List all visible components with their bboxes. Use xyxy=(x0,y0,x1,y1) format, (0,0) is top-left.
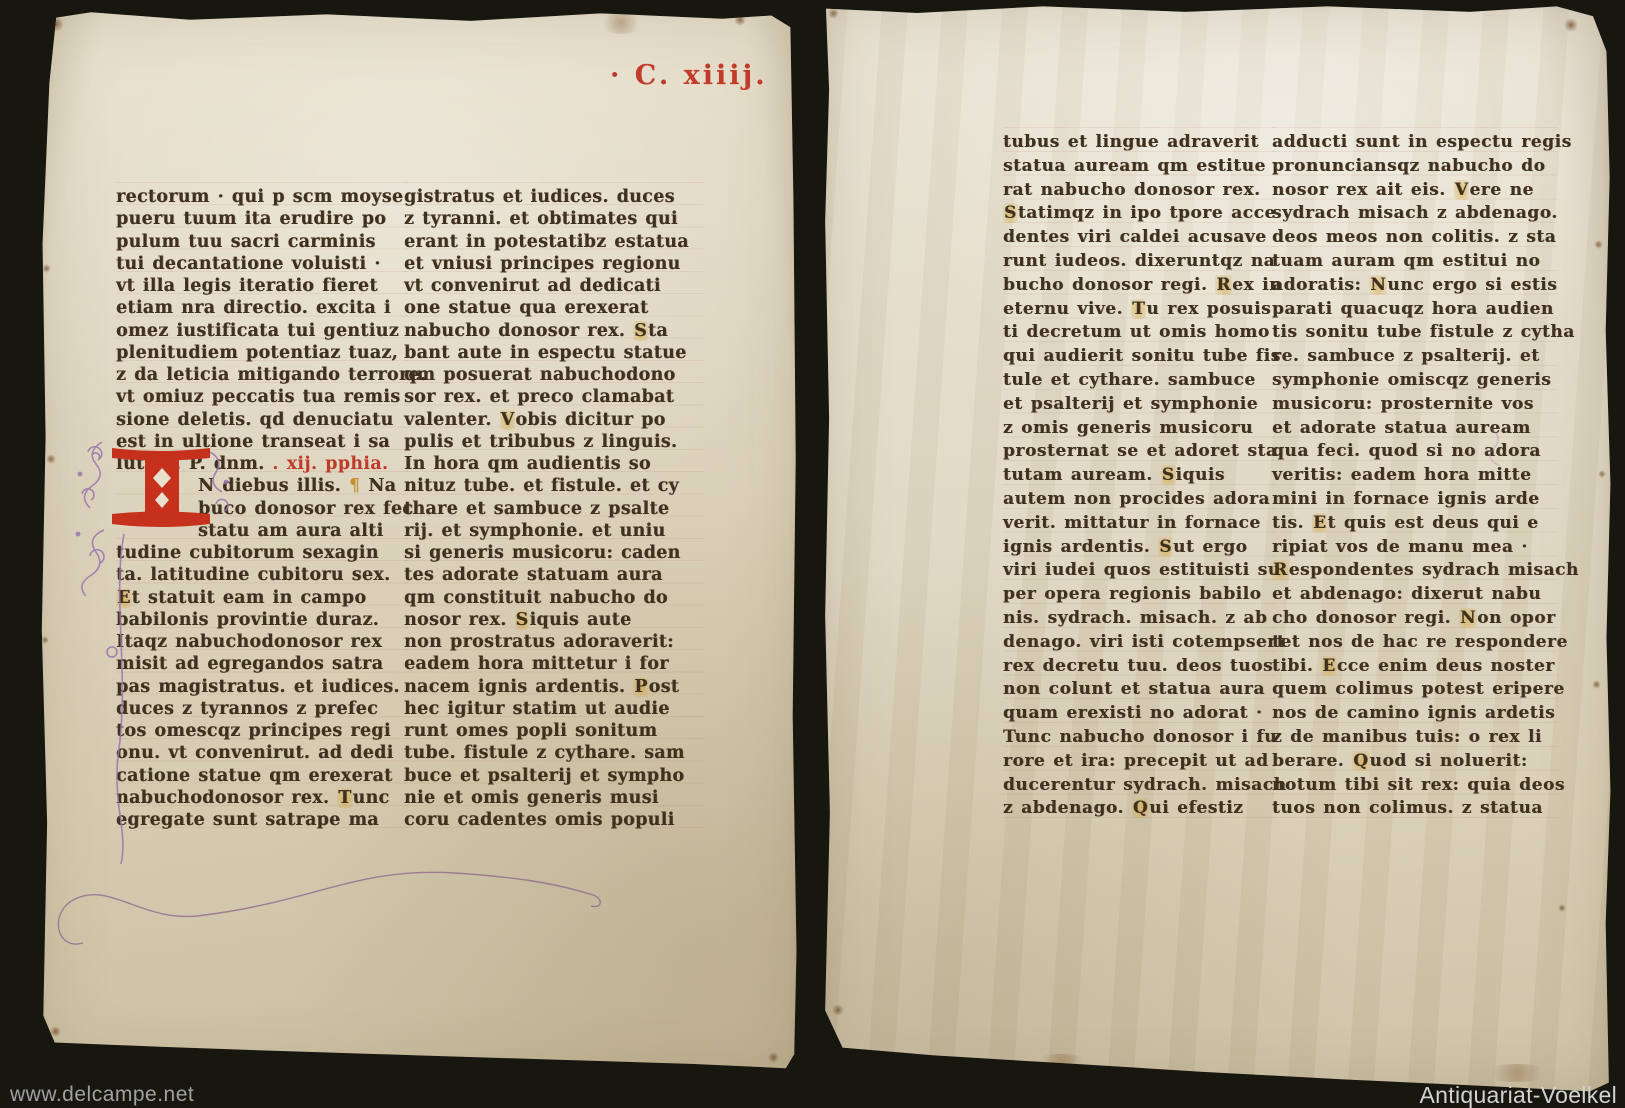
stain xyxy=(1598,470,1606,478)
text-line: buce et psalterij et sympho xyxy=(404,765,704,787)
stain xyxy=(1592,680,1601,689)
stain xyxy=(768,1052,779,1063)
folio-number: · C. xiiij. xyxy=(610,60,768,91)
text-line: erant in potestatibz estatua xyxy=(404,231,704,253)
text-line: qui audierit sonitu tube fis xyxy=(1003,345,1275,369)
text-line: si generis musicoru: caden xyxy=(404,542,704,564)
goldwash-text: E xyxy=(1321,656,1337,676)
text-line: dentes viri caldei acusave xyxy=(1003,226,1275,250)
ink-text: ta xyxy=(648,321,668,341)
ink-text: ut ergo xyxy=(1173,537,1247,557)
text-line: autem non procides adora xyxy=(1003,488,1275,512)
text-line: vt convenirut ad dedicati xyxy=(404,275,704,297)
goldwash-text: R xyxy=(1272,560,1289,580)
text-line: pulum tuu sacri carminis xyxy=(116,231,408,253)
goldwash-text: S xyxy=(1003,203,1018,223)
rubric-text: . xij. pphia. xyxy=(272,454,388,474)
goldwash-text: N xyxy=(1369,275,1387,295)
text-line: tutam auream. Siquis xyxy=(1003,464,1275,488)
ink-text: t quis est deus qui e xyxy=(1327,513,1538,533)
text-line: parati quacuqz hora audien xyxy=(1272,298,1558,322)
text-line: vt illa legis iteratio fieret xyxy=(116,275,408,297)
text-line: vt omiuz peccatis tua remis xyxy=(116,386,408,408)
text-line: denago. viri isti cotempsert xyxy=(1003,631,1275,655)
text-line: sione deletis. qd denuciatu xyxy=(116,409,408,431)
text-line: Respondentes sydrach misach xyxy=(1272,559,1558,583)
stain xyxy=(598,12,644,34)
ink-text: ere ne xyxy=(1469,180,1533,200)
text-line: pronunciansqz nabucho do xyxy=(1272,155,1558,179)
text-line: ti decretum ut omis homo xyxy=(1003,321,1275,345)
text-line: ignis ardentis. Sut ergo xyxy=(1003,536,1275,560)
stain xyxy=(1482,1064,1552,1082)
goldwash-text: S xyxy=(1158,537,1173,557)
text-line: nis. sydrach. misach. z ab xyxy=(1003,607,1275,631)
text-line: z tyranni. et obtimates qui xyxy=(404,208,704,230)
stain xyxy=(1594,240,1603,249)
text-line: sydrach misach z abdenago. xyxy=(1272,202,1558,226)
text-line: nosor rex ait eis. Vere ne xyxy=(1272,179,1558,203)
text-line: runt omes popli sonitum xyxy=(404,720,704,742)
ink-text: espondentes sydrach misach xyxy=(1289,560,1579,580)
text-line: mini in fornace ignis arde xyxy=(1272,488,1558,512)
text-line: qm constituit nabucho do xyxy=(404,587,704,609)
ink-text: iquis xyxy=(1176,465,1225,485)
goldwash-text: S xyxy=(1161,465,1176,485)
ink-text: uod si noluerit: xyxy=(1370,751,1528,771)
text-line: cho donosor regi. Non opor xyxy=(1272,607,1558,631)
goldwash-text: N xyxy=(1459,608,1477,628)
text-line: bucho donosor regi. Rex in xyxy=(1003,274,1275,298)
ink-text: Na xyxy=(368,476,396,496)
text-line: statua auream qm estitue xyxy=(1003,155,1275,179)
watermark-delcampe: www.delcampe.net xyxy=(10,1083,194,1107)
decorated-initial-I xyxy=(68,438,258,868)
text-line: tibi. Ecce enim deus noster xyxy=(1272,655,1558,679)
text-line: z da leticia mitigando terrore. xyxy=(116,364,408,386)
text-line: symphonie omiscqz generis xyxy=(1272,369,1558,393)
text-line: tes adorate statuam aura xyxy=(404,564,704,586)
ink-text: z abdenago. xyxy=(1003,798,1132,818)
ink-text: on opor xyxy=(1477,608,1556,628)
stain xyxy=(46,454,56,464)
text-line: sor rex. et preco clamabat xyxy=(404,386,704,408)
ink-text: obis dicitur po xyxy=(515,410,665,430)
text-line: eadem hora mittetur i for xyxy=(404,653,704,675)
text-line: Statimqz in ipo tpore acce xyxy=(1003,202,1275,226)
marginal-penmark xyxy=(1482,422,1522,472)
ink-text: berare. xyxy=(1272,751,1352,771)
text-line: nos de camino ignis ardetis xyxy=(1272,702,1558,726)
stain xyxy=(1558,904,1566,912)
ink-text: iquis aute xyxy=(529,610,631,630)
goldwash-text: V xyxy=(1454,180,1470,200)
stain xyxy=(41,636,49,644)
text-line: rij. et symphonie. et uniu xyxy=(404,520,704,542)
ink-text: tutam auream. xyxy=(1003,465,1161,485)
text-line: rore et ira: precepit ut ad xyxy=(1003,750,1275,774)
goldwash-text: S xyxy=(633,321,648,341)
ink-text: unc xyxy=(353,788,390,808)
text-line: tubus et lingue adraverit xyxy=(1003,131,1275,155)
text-line: per opera regionis babilo xyxy=(1003,583,1275,607)
text-line: bant aute in espectu statue xyxy=(404,342,704,364)
text-line: rex decretu tuu. deos tuos xyxy=(1003,655,1275,679)
text-column-2-right-leaf: adducti sunt in espectu regispronuncians… xyxy=(1272,131,1558,821)
goldwash-text: Q xyxy=(1352,751,1369,771)
stain xyxy=(50,1026,61,1037)
goldwash-text: Q xyxy=(1132,798,1149,818)
text-line: ripiat vos de manu mea · xyxy=(1272,536,1558,560)
text-line: eternu vive. Tu rex posuis xyxy=(1003,298,1275,322)
text-line: rat nabucho donosor rex. xyxy=(1003,179,1275,203)
manuscript-leaf-right: tubus et lingue adraveritstatua auream q… xyxy=(822,2,1612,1098)
goldwash-text: T xyxy=(1131,299,1146,319)
text-line: adducti sunt in espectu regis xyxy=(1272,131,1558,155)
ink-text: valenter. xyxy=(404,410,500,430)
ink-text: ui efestiz xyxy=(1149,798,1243,818)
stain xyxy=(48,16,64,32)
parchment-surface: tubus et lingue adraveritstatua auream q… xyxy=(822,2,1612,1098)
watermark-antiquariat-voelkel: Antiquariat-Voelkel xyxy=(1420,1082,1617,1108)
ink-text: tibi. xyxy=(1272,656,1321,676)
initial-letter-body xyxy=(112,448,210,527)
photo-background: · C. xiiij. rectorum · qui p scm moysepu… xyxy=(0,0,1625,1108)
text-line: prosternat se et adoret sta xyxy=(1003,440,1275,464)
text-line: qm posuerat nabuchodono xyxy=(404,364,704,386)
goldwash-text: T xyxy=(337,788,352,808)
goldwash-text: R xyxy=(1215,275,1232,295)
text-line: one statue qua erexerat xyxy=(404,297,704,319)
gold-text: ¶ xyxy=(349,476,368,496)
text-line: z omis generis musicoru xyxy=(1003,417,1275,441)
text-line: berare. Quod si noluerit: xyxy=(1272,750,1558,774)
text-line: et abdenago: dixerut nabu xyxy=(1272,583,1558,607)
ink-text: nacem ignis ardentis. xyxy=(404,677,633,697)
stain xyxy=(734,14,746,26)
text-line: pueru tuum ita erudire po xyxy=(116,208,408,230)
text-line: deos meos non colitis. z sta xyxy=(1272,226,1558,250)
text-line: tis sonitu tube fistule z cytha xyxy=(1272,321,1558,345)
manuscript-leaf-left: · C. xiiij. rectorum · qui p scm moysepu… xyxy=(38,8,798,1080)
text-line: tui decantatione voluisti · xyxy=(116,253,408,275)
text-line: et vniusi principes regionu xyxy=(404,253,704,275)
text-column-2-left-leaf: gistratus et iudices. ducesz tyranni. et… xyxy=(404,186,704,831)
text-line: Tunc nabucho donosor i fu xyxy=(1003,726,1275,750)
text-line: re. sambuce z psalterij. et xyxy=(1272,345,1558,369)
stain xyxy=(1032,1054,1092,1070)
stain xyxy=(832,1004,844,1016)
text-line: tuam auram qm estitui no xyxy=(1272,250,1558,274)
text-line: In hora qm audientis so xyxy=(404,453,704,475)
text-line: quem colimus potest eripere xyxy=(1272,678,1558,702)
text-line: omez iustificata tui gentiuz xyxy=(116,320,408,342)
text-line: nacem ignis ardentis. Post xyxy=(404,676,704,698)
goldwash-text: V xyxy=(500,410,516,430)
parchment-surface: · C. xiiij. rectorum · qui p scm moysepu… xyxy=(38,8,798,1080)
text-line: notum tibi sit rex: quia deos xyxy=(1272,774,1558,798)
goldwash-text: E xyxy=(1312,513,1328,533)
text-line: hec igitur statim ut audie xyxy=(404,698,704,720)
text-line: thare et sambuce z psalte xyxy=(404,498,704,520)
text-line: tis. Et quis est deus qui e xyxy=(1272,512,1558,536)
ink-text: nosor rex. xyxy=(404,610,515,630)
ink-text: ignis ardentis. xyxy=(1003,537,1158,557)
text-column-1-right-leaf: tubus et lingue adraveritstatua auream q… xyxy=(1003,131,1275,821)
text-line: plenitudiem potentiaz tuaz, xyxy=(116,342,408,364)
ink-text: tatimqz in ipo tpore acce xyxy=(1018,203,1276,223)
text-line: z abdenago. Qui efestiz xyxy=(1003,797,1275,821)
goldwash-text: P xyxy=(633,677,648,697)
text-line: z de manibus tuis: o rex li xyxy=(1272,726,1558,750)
text-line: tule et cythare. sambuce xyxy=(1003,369,1275,393)
text-line: etiam nra directio. excita i xyxy=(116,297,408,319)
ink-text: unc ergo si estis xyxy=(1387,275,1557,295)
text-line: et psalterij et symphonie xyxy=(1003,393,1275,417)
text-line: rectorum · qui p scm moyse xyxy=(116,186,408,208)
text-line: gistratus et iudices. duces xyxy=(404,186,704,208)
stain xyxy=(42,264,51,273)
ink-text: nosor rex ait eis. xyxy=(1272,180,1454,200)
ink-text: nabucho donosor rex. xyxy=(404,321,633,341)
stain xyxy=(828,8,839,19)
ink-text: eternu vive. xyxy=(1003,299,1131,319)
ink-text: cce enim deus noster xyxy=(1337,656,1555,676)
text-line: viri iudei quos estituisti su xyxy=(1003,559,1275,583)
text-line: valenter. Vobis dicitur po xyxy=(404,409,704,431)
ink-text: u rex posuis xyxy=(1146,299,1271,319)
stain xyxy=(1564,18,1578,32)
ink-text: tis. xyxy=(1272,513,1312,533)
lower-margin-flourish xyxy=(53,853,618,958)
ink-text: cho donosor regi. xyxy=(1272,608,1459,628)
text-line: nosor rex. Siquis aute xyxy=(404,609,704,631)
text-line: quam erexisti no adorat · xyxy=(1003,702,1275,726)
ink-text: adoratis: xyxy=(1272,275,1369,295)
text-line: tuos non colimus. z statua xyxy=(1272,797,1558,821)
ink-text: bucho donosor regi. xyxy=(1003,275,1215,295)
text-line: pulis et tribubus z linguis. xyxy=(404,431,704,453)
ink-text: ost xyxy=(649,677,680,697)
text-line: coru cadentes omis populi xyxy=(404,809,704,831)
text-line: non colunt et statua aura xyxy=(1003,678,1275,702)
text-line: nituz tube. et fistule. et cy xyxy=(404,475,704,497)
text-line: ducerentur sydrach. misach xyxy=(1003,774,1275,798)
text-line: musicoru: prosternite vos xyxy=(1272,393,1558,417)
text-line: nabucho donosor rex. Sta xyxy=(404,320,704,342)
text-line: tube. fistule z cythare. sam xyxy=(404,742,704,764)
text-line: nie et omis generis musi xyxy=(404,787,704,809)
text-line: non prostratus adoraverit: xyxy=(404,631,704,653)
text-line: tet nos de hac re respondere xyxy=(1272,631,1558,655)
goldwash-text: S xyxy=(515,610,530,630)
text-line: runt iudeos. dixeruntqz na xyxy=(1003,250,1275,274)
text-line: verit. mittatur in fornace xyxy=(1003,512,1275,536)
text-line: adoratis: Nunc ergo si estis xyxy=(1272,274,1558,298)
